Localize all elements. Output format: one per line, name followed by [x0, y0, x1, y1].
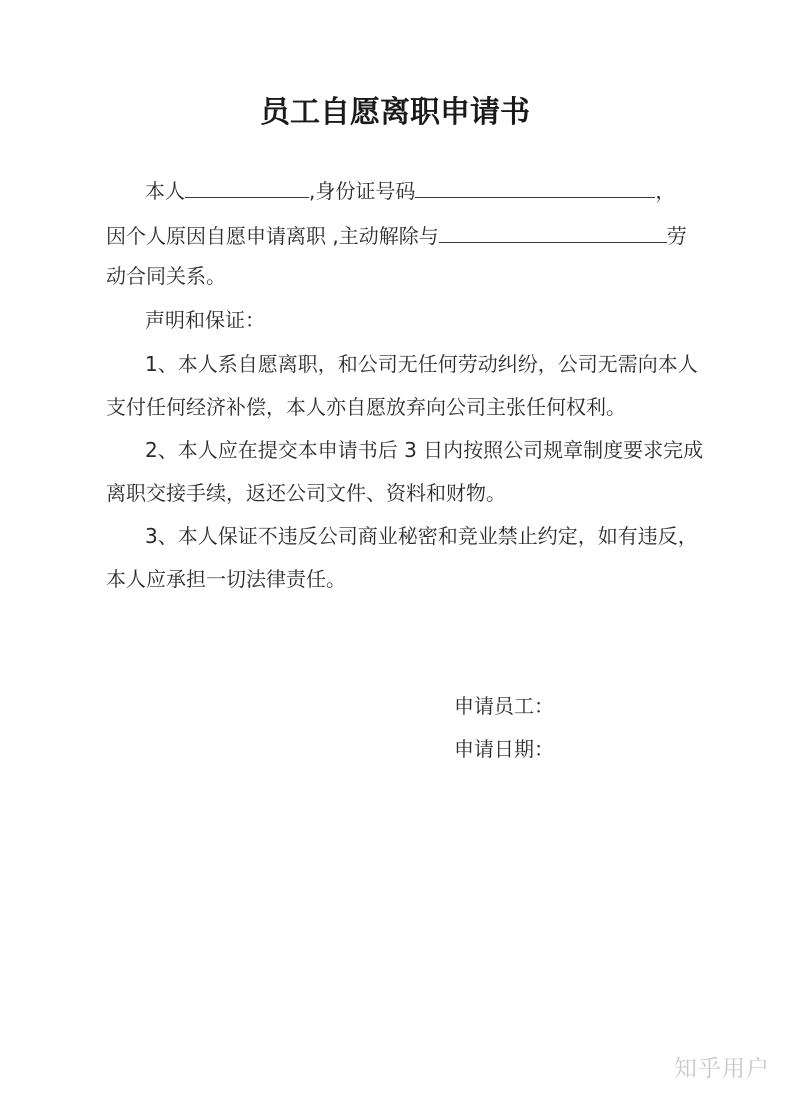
clause-1-line-2: 支付任何经济补偿，本人亦自愿放弃向公司主张任何权利。 — [106, 393, 626, 421]
id-number-blank-field[interactable] — [415, 175, 655, 198]
id-number-label: ,身份证号码 — [309, 179, 415, 203]
clause-2-line-1: 2、本人应在提交本申请书后 3 日内按照公司规章制度要求完成 — [145, 436, 703, 464]
clause-2-line-2: 离职交接手续，返还公司文件、资料和财物。 — [106, 479, 506, 507]
applicant-employee-label: 申请员工： — [454, 692, 554, 720]
zhihu-watermark: 知乎用户 — [674, 1050, 770, 1083]
company-blank-field[interactable] — [439, 220, 667, 243]
application-date-label: 申请日期： — [454, 735, 554, 763]
resignation-reason-text: 因个人原因自愿申请离职 ,主动解除与 — [106, 224, 439, 248]
intro-line-2: 因个人原因自愿申请离职 ,主动解除与劳 — [106, 220, 687, 250]
document-page: 员工自愿离职申请书 本人,身份证号码， 因个人原因自愿申请离职 ,主动解除与劳 … — [0, 0, 790, 1095]
intro-line-1: 本人,身份证号码， — [145, 175, 675, 205]
document-title: 员工自愿离职申请书 — [0, 93, 790, 133]
intro-self-label: 本人 — [145, 179, 185, 203]
clause-3-line-1: 3、本人保证不违反公司商业秘密和竞业禁止约定，如有违反， — [145, 522, 698, 550]
labor-text: 劳 — [667, 224, 687, 248]
clause-1-line-1: 1、本人系自愿离职，和公司无任何劳动纠纷，公司无需向本人 — [145, 350, 698, 378]
name-blank-field[interactable] — [185, 175, 309, 198]
clause-3-line-2: 本人应承担一切法律责任。 — [106, 565, 346, 593]
intro-comma: ， — [655, 179, 675, 203]
declaration-heading: 声明和保证： — [145, 306, 265, 334]
intro-line-3: 动合同关系。 — [106, 262, 226, 290]
